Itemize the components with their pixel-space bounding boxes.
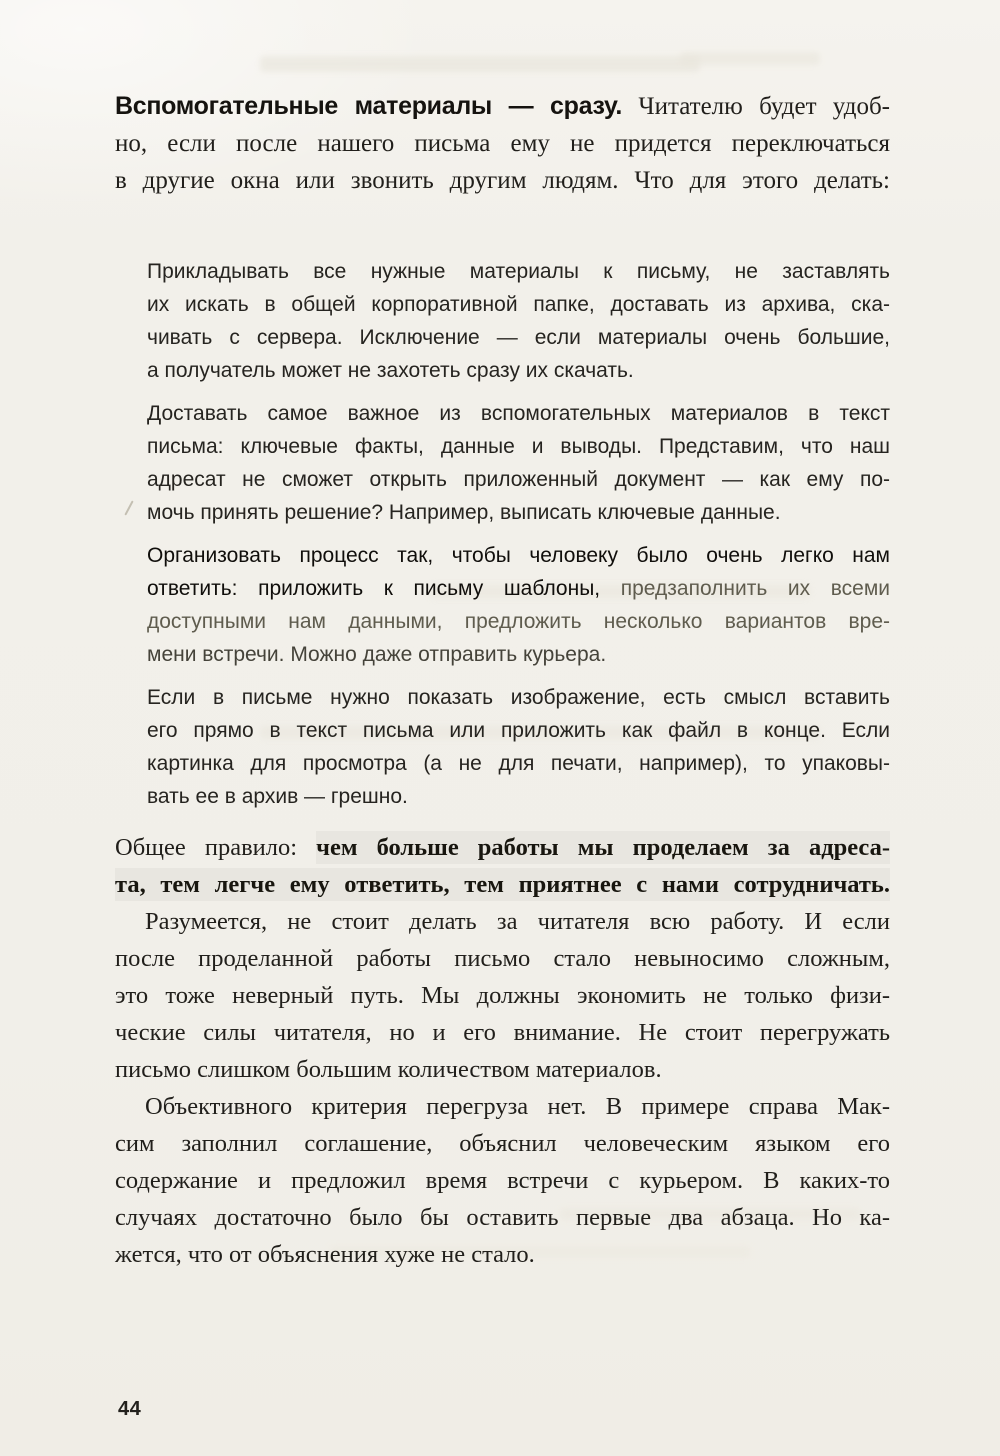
body-line: сим заполнил соглашение, объяснил челове… <box>115 1125 890 1162</box>
bullet-line: а получатель может не захотеть сразу их … <box>147 354 890 387</box>
body-paragraph-example: Объективного критерия перегруза нет. В п… <box>115 1088 890 1273</box>
bullet-line: чивать с сервера. Исключение — если мате… <box>147 321 890 354</box>
heading-line: в другие окна или звонить другим людям. … <box>115 162 890 236</box>
section-heading-paragraph: Вспомогательные материалы — сразу. Читат… <box>115 88 890 236</box>
bullet-line: их искать в общей корпоративной папке, д… <box>147 288 890 321</box>
bullet-line: картинка для просмотра (а не для печати,… <box>147 747 890 780</box>
bleed-through-smudge <box>680 52 820 65</box>
bullet-line-faded-part: предзаполнить их всеми <box>621 577 890 600</box>
bleed-through-smudge <box>260 56 700 72</box>
bullet-line: его прямо в текст письма или приложить к… <box>147 714 890 747</box>
highlighted-rule-text: чем больше работы мы проделаем за адреса… <box>316 834 890 861</box>
rule-lead-text: Общее правило: <box>115 834 316 861</box>
rule-line: Общее правило: чем больше работы мы прод… <box>115 829 890 866</box>
page-content: Вспомогательные материалы — сразу. Читат… <box>115 88 890 1273</box>
bullet-item-easy-reply: Организовать процесс так, чтобы человеку… <box>147 539 890 671</box>
bullet-line: доступными нам данными, предложить неско… <box>147 605 890 638</box>
bullet-line: ответить: приложить к письму шаблоны, пр… <box>147 572 890 605</box>
bullet-item-images: Если в письме нужно показать изображение… <box>147 681 890 813</box>
bullet-line: Если в письме нужно показать изображение… <box>147 681 890 714</box>
bullet-line: письма: ключевые факты, данные и выводы.… <box>147 430 890 463</box>
body-line: ческие силы читателя, но и его внимание.… <box>115 1014 890 1051</box>
bullet-line: Организовать процесс так, чтобы человеку… <box>147 539 890 572</box>
bullet-line: вать ее в архив — грешно. <box>147 780 890 813</box>
body-line: Объективного критерия перегруза нет. В п… <box>115 1088 890 1125</box>
bullet-line: мени встречи. Можно даже отправить курье… <box>147 638 890 671</box>
body-line: жется, что от объяснения хуже не стало. <box>115 1236 890 1273</box>
bullet-list: Прикладывать все нужные материалы к пись… <box>147 255 890 813</box>
bullet-line: мочь принять решение? Например, выписать… <box>147 496 890 529</box>
heading-line: но, если после нашего письма ему не прид… <box>115 125 890 162</box>
body-line: содержание и предложил время встречи с к… <box>115 1162 890 1199</box>
book-page-scan: Вспомогательные материалы — сразу. Читат… <box>0 0 1000 1456</box>
heading-bold-lead: Вспомогательные материалы — сразу. <box>115 92 622 120</box>
rule-line: та, тем легче ему ответить, тем приятнее… <box>115 866 890 903</box>
body-line: это тоже неверный путь. Мы должны эконом… <box>115 977 890 1014</box>
body-line: случаях достаточно было бы оставить перв… <box>115 1199 890 1236</box>
bullet-line: Доставать самое важное из вспомогательны… <box>147 397 890 430</box>
general-rule-paragraph: Общее правило: чем больше работы мы прод… <box>115 829 890 903</box>
bullet-item-attach-materials: Прикладывать все нужные материалы к пись… <box>147 255 890 387</box>
body-paragraph-moderation: Разумеется, не стоит делать за читателя … <box>115 903 890 1088</box>
body-line: после проделанной работы письмо стало не… <box>115 940 890 977</box>
bullet-line: Прикладывать все нужные материалы к пись… <box>147 255 890 288</box>
page-number: 44 <box>118 1398 141 1421</box>
heading-line: Вспомогательные материалы — сразу. Читат… <box>115 88 890 125</box>
bullet-line-dark-part: ответить: приложить к письму шаблоны, <box>147 577 600 600</box>
highlighted-rule-text: та, тем легче ему ответить, тем приятнее… <box>115 871 890 898</box>
bullet-line: адресат не сможет открыть приложенный до… <box>147 463 890 496</box>
body-line: Разумеется, не стоит делать за читателя … <box>115 903 890 940</box>
bullet-item-key-facts: Доставать самое важное из вспомогательны… <box>147 397 890 529</box>
heading-line1-rest: Читателю будет удоб- <box>638 93 890 120</box>
body-line: письмо слишком большим количеством матер… <box>115 1051 890 1088</box>
